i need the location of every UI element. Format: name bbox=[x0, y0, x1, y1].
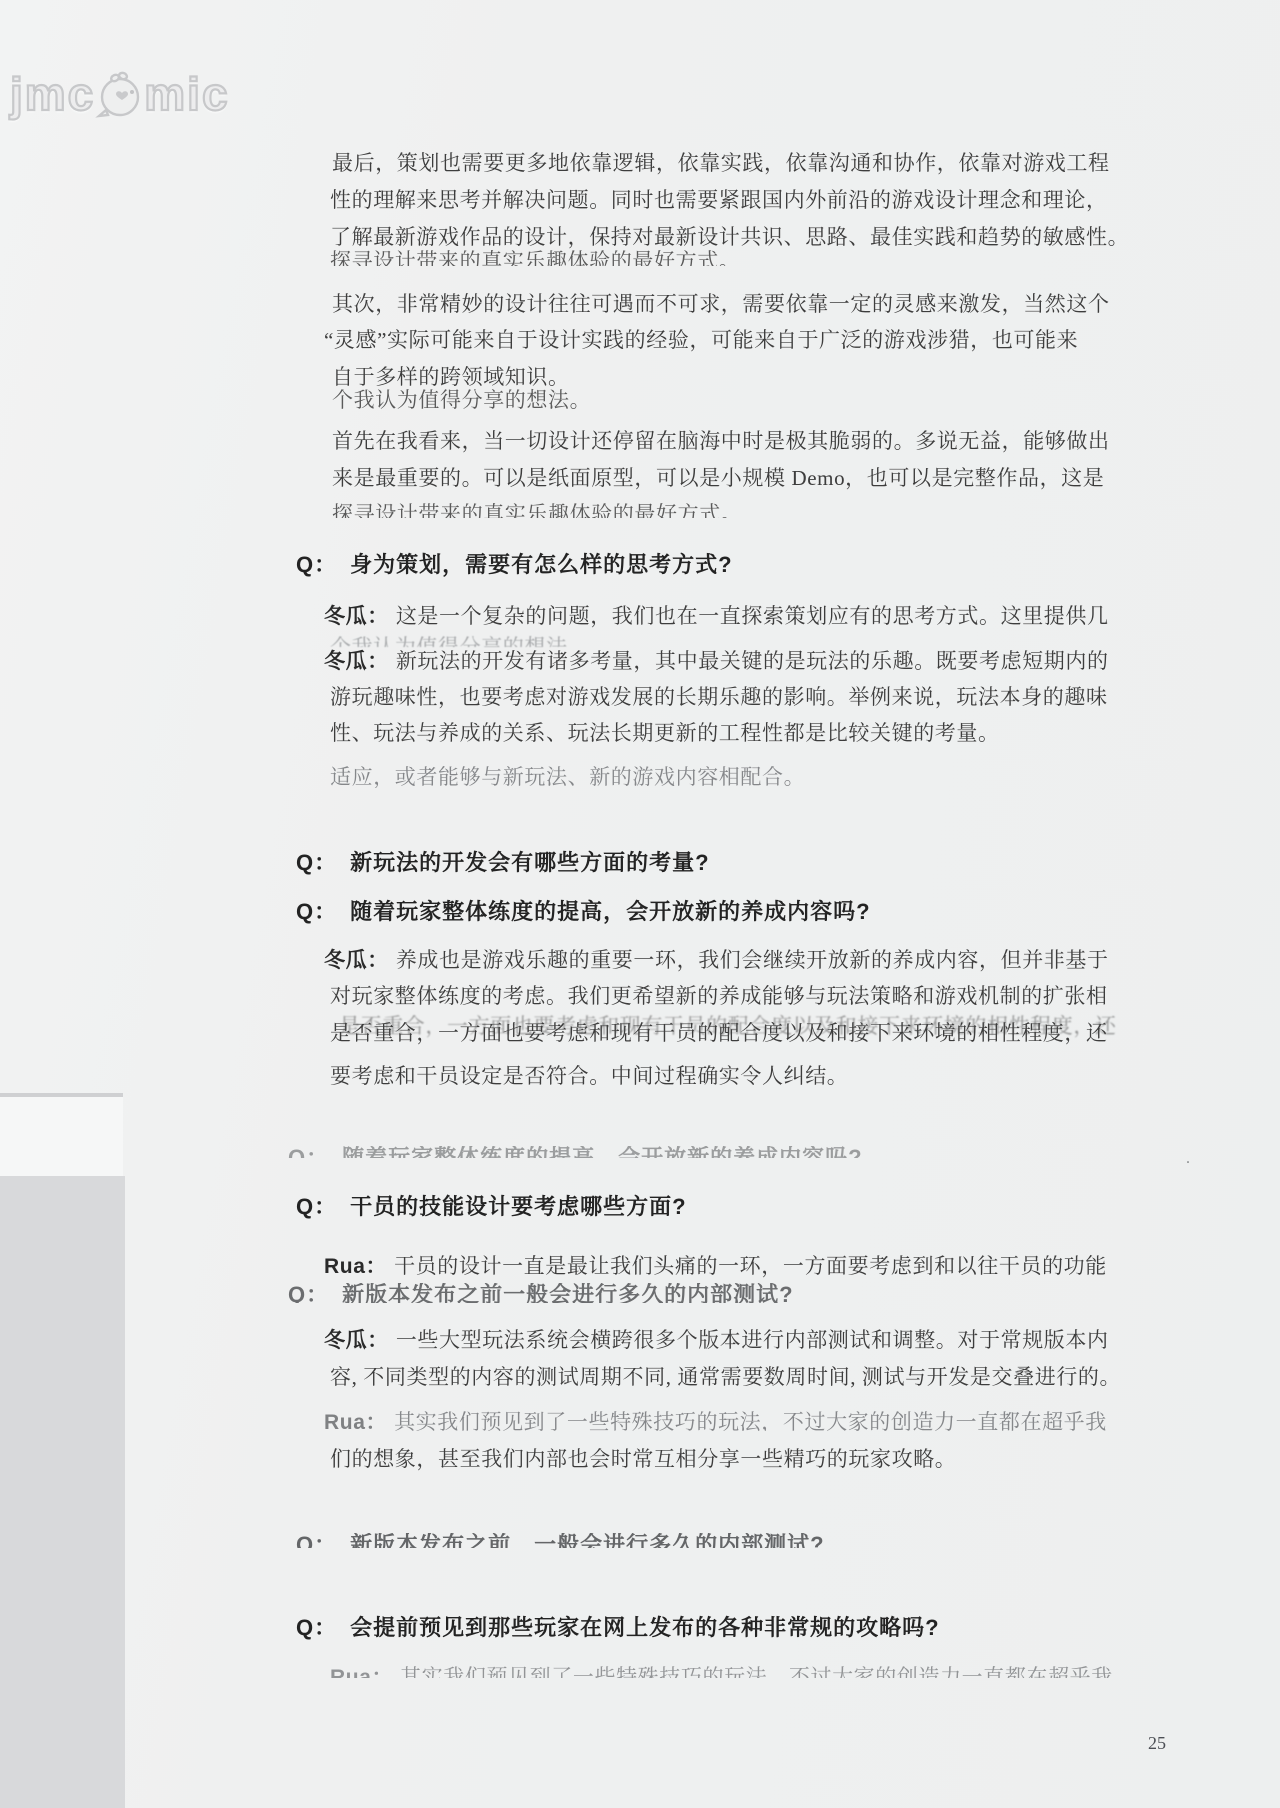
speaker-name: Rua： bbox=[330, 1666, 393, 1678]
stray-dot-artifact: . bbox=[1186, 1150, 1190, 1168]
answer-text: 新玩法的开发有诸多考量，其中最关键的是玩法的乐趣。既要考虑短期内的 bbox=[396, 649, 1109, 673]
faded-answer-line: Rua：其实我们预见到了一些特殊技巧的玩法，不过大家的创造力一直都在超乎我 bbox=[324, 1411, 1107, 1431]
answer-line: 对玩家整体练度的考虑。我们更希望新的养成能够与玩法策略和游戏机制的扩张相 bbox=[330, 985, 1108, 1008]
speaker-name: 冬瓜： bbox=[324, 1329, 389, 1352]
clipped-text: 探寻设计带来的真实乐趣体验的最好方式。 bbox=[332, 503, 742, 518]
faint-artifact-line: 个我认为值得分享的想法。 bbox=[330, 636, 589, 647]
clipped-question-line: Q：新版本发布之前，一般会进行多久的内部测试? bbox=[296, 1533, 825, 1548]
clipped-answer-line: Rua：其实我们预见到了一些特殊技巧的玩法，不过大家的创造力一直都在超乎我 bbox=[330, 1666, 1113, 1678]
ghost-text: 是否重合，一方面也要考虑和现有干员的配合度以及和接下来环境的相性程度，还 bbox=[339, 1015, 1117, 1038]
speaker-name: 冬瓜： bbox=[324, 949, 389, 972]
scanned-document-page: { "watermark": { "prefix": "jmc", "suffi… bbox=[0, 0, 1280, 1808]
fish-icon bbox=[92, 66, 146, 122]
clipped-question-line: Q：随着玩家整体练度的提高，会开放新的养成内容吗? bbox=[288, 1146, 863, 1158]
answer-line: 要考虑和干员设定是否符合。中间过程确实令人纠结。 bbox=[330, 1065, 848, 1088]
faded-artifact-line: 适应，或者能够与新玩法、新的游戏内容相配合。 bbox=[330, 766, 805, 788]
answer-line: Rua：干员的设计一直是最让我们头痛的一环，一方面要考虑到和以往干员的功能 bbox=[324, 1255, 1107, 1278]
clipped-text: 新版本发布之前一般会进行多久的内部测试? bbox=[342, 1283, 793, 1303]
clipped-paragraph-line: 探寻设计带来的真实乐趣体验的最好方式。 bbox=[332, 503, 742, 518]
left-margin-gray-box bbox=[0, 1176, 125, 1808]
q-label: Q： bbox=[288, 1146, 329, 1158]
question-text: 会提前预见到那些玩家在网上发布的各种非常规的攻略吗? bbox=[350, 1615, 939, 1640]
answer-line: 性、玩法与养成的关系、玩法长期更新的工程性都是比较关键的考量。 bbox=[330, 722, 1000, 745]
speaker-name: Rua： bbox=[324, 1255, 387, 1278]
q-label: Q： bbox=[296, 1194, 337, 1219]
answer-text: 干员的设计一直是最让我们头痛的一环，一方面要考虑到和以往干员的功能 bbox=[394, 1254, 1107, 1278]
answer-line: 冬瓜：新玩法的开发有诸多考量，其中最关键的是玩法的乐趣。既要考虑短期内的 bbox=[324, 650, 1109, 673]
paragraph-line: 首先在我看来，当一切设计还停留在脑海中时是极其脆弱的。多说无益，能够做出 bbox=[332, 430, 1110, 453]
question-line: Q：新玩法的开发会有哪些方面的考量? bbox=[296, 851, 710, 874]
q-label: Q： bbox=[296, 552, 337, 577]
q-label: Q： bbox=[296, 1615, 337, 1640]
paragraph-line: 其次，非常精妙的设计往往可遇而不可求，需要依靠一定的灵感来激发，当然这个 bbox=[332, 293, 1110, 316]
clipped-text: 其实我们预见到了一些特殊技巧的玩法，不过大家的创造力一直都在超乎我 bbox=[400, 1666, 1113, 1678]
answer-text: 一些大型玩法系统会横跨很多个版本进行内部测试和调整。对于常规版本内 bbox=[396, 1328, 1109, 1352]
left-margin-strip bbox=[0, 1093, 123, 1176]
question-line: Q：干员的技能设计要考虑哪些方面? bbox=[296, 1195, 687, 1218]
watermark-text-suffix: mic bbox=[144, 67, 229, 121]
answer-line: 容, 不同类型的内容的测试周期不同, 通常需要数周时间, 测试与开发是交叠进行的… bbox=[330, 1366, 1121, 1389]
answer-line: 冬瓜：一些大型玩法系统会横跨很多个版本进行内部测试和调整。对于常规版本内 bbox=[324, 1329, 1109, 1352]
answer-line: 冬瓜：养成也是游戏乐趣的重要一环，我们会继续开放新的养成内容，但并非基于 bbox=[324, 949, 1109, 972]
question-line: Q：会提前预见到那些玩家在网上发布的各种非常规的攻略吗? bbox=[296, 1616, 940, 1639]
question-text: 干员的技能设计要考虑哪些方面? bbox=[350, 1194, 686, 1219]
question-line: Q：身为策划，需要有怎么样的思考方式? bbox=[296, 553, 733, 576]
clipped-text: 适应，或者能够与新玩法、新的游戏内容相配合。 bbox=[330, 766, 805, 788]
q-label: Q： bbox=[288, 1283, 329, 1303]
answer-line: 们的想象，甚至我们内部也会时常互相分享一些精巧的玩家攻略。 bbox=[330, 1448, 956, 1471]
watermark-text-prefix: jmc bbox=[10, 67, 95, 121]
question-text: 身为策划，需要有怎么样的思考方式? bbox=[350, 552, 732, 577]
clipped-text: 随着玩家整体练度的提高，会开放新的养成内容吗? bbox=[342, 1146, 862, 1158]
clipped-text: 新版本发布之前，一般会进行多久的内部测试? bbox=[350, 1533, 824, 1548]
overlapped-paragraph-line: 个我认为值得分享的想法。 bbox=[332, 389, 591, 412]
clipped-question-line: Q：新版本发布之前一般会进行多久的内部测试? bbox=[288, 1283, 794, 1303]
paragraph-line: 自于多样的跨领域知识。 bbox=[332, 366, 570, 389]
paragraph-line: 了解最新游戏作品的设计，保持对最新设计共识、思路、最佳实践和趋势的敏感性。 bbox=[330, 226, 1129, 249]
clipped-paragraph-line: 探寻设计带来的真实乐趣体验的最好方式。 bbox=[330, 250, 740, 266]
q-label: Q： bbox=[296, 1533, 337, 1548]
speaker-name: Rua： bbox=[324, 1411, 387, 1431]
question-text: 新玩法的开发会有哪些方面的考量? bbox=[350, 850, 709, 875]
paragraph-line: 来是最重要的。可以是纸面原型，可以是小规模 Demo，也可以是完整作品，这是 bbox=[332, 467, 1104, 490]
clipped-text: 个我认为值得分享的想法。 bbox=[330, 636, 589, 647]
paragraph-line: 最后，策划也需要更多地依靠逻辑，依靠实践，依靠沟通和协作，依靠对游戏工程 bbox=[332, 152, 1110, 175]
double-exposed-line: 是否重合，一方面也要考虑和现有干员的配合度以及和接下来环境的相性程度，还 是否重… bbox=[330, 1022, 1108, 1045]
clipped-text: 探寻设计带来的真实乐趣体验的最好方式。 bbox=[330, 250, 740, 266]
answer-line: 游玩趣味性，也要考虑对游戏发展的长期乐趣的影响。举例来说，玩法本身的趣味 bbox=[330, 686, 1108, 709]
question-text: 随着玩家整体练度的提高，会开放新的养成内容吗? bbox=[350, 899, 870, 924]
question-line: Q：随着玩家整体练度的提高，会开放新的养成内容吗? bbox=[296, 900, 871, 923]
page-number: 25 bbox=[1148, 1733, 1166, 1754]
answer-text: 这是一个复杂的问题，我们也在一直探索策划应有的思考方式。这里提供几 bbox=[396, 604, 1109, 628]
q-label: Q： bbox=[296, 850, 337, 875]
speaker-name: 冬瓜： bbox=[324, 650, 389, 673]
answer-line: 冬瓜：这是一个复杂的问题，我们也在一直探索策划应有的思考方式。这里提供几 bbox=[324, 605, 1109, 628]
answer-text: 养成也是游戏乐趣的重要一环，我们会继续开放新的养成内容，但并非基于 bbox=[396, 948, 1109, 972]
clipped-text: 其实我们预见到了一些特殊技巧的玩法，不过大家的创造力一直都在超乎我 bbox=[394, 1411, 1107, 1431]
paragraph-line: “灵感”实际可能来自于设计实践的经验，可能来自于广泛的游戏涉猎，也可能来 bbox=[324, 329, 1078, 352]
q-label: Q： bbox=[296, 899, 337, 924]
jmcomic-watermark: jmc mic bbox=[10, 66, 230, 122]
paragraph-line: 性的理解来思考并解决问题。同时也需要紧跟国内外前沿的游戏设计理念和理论， bbox=[330, 189, 1108, 212]
speaker-name: 冬瓜： bbox=[324, 605, 389, 628]
